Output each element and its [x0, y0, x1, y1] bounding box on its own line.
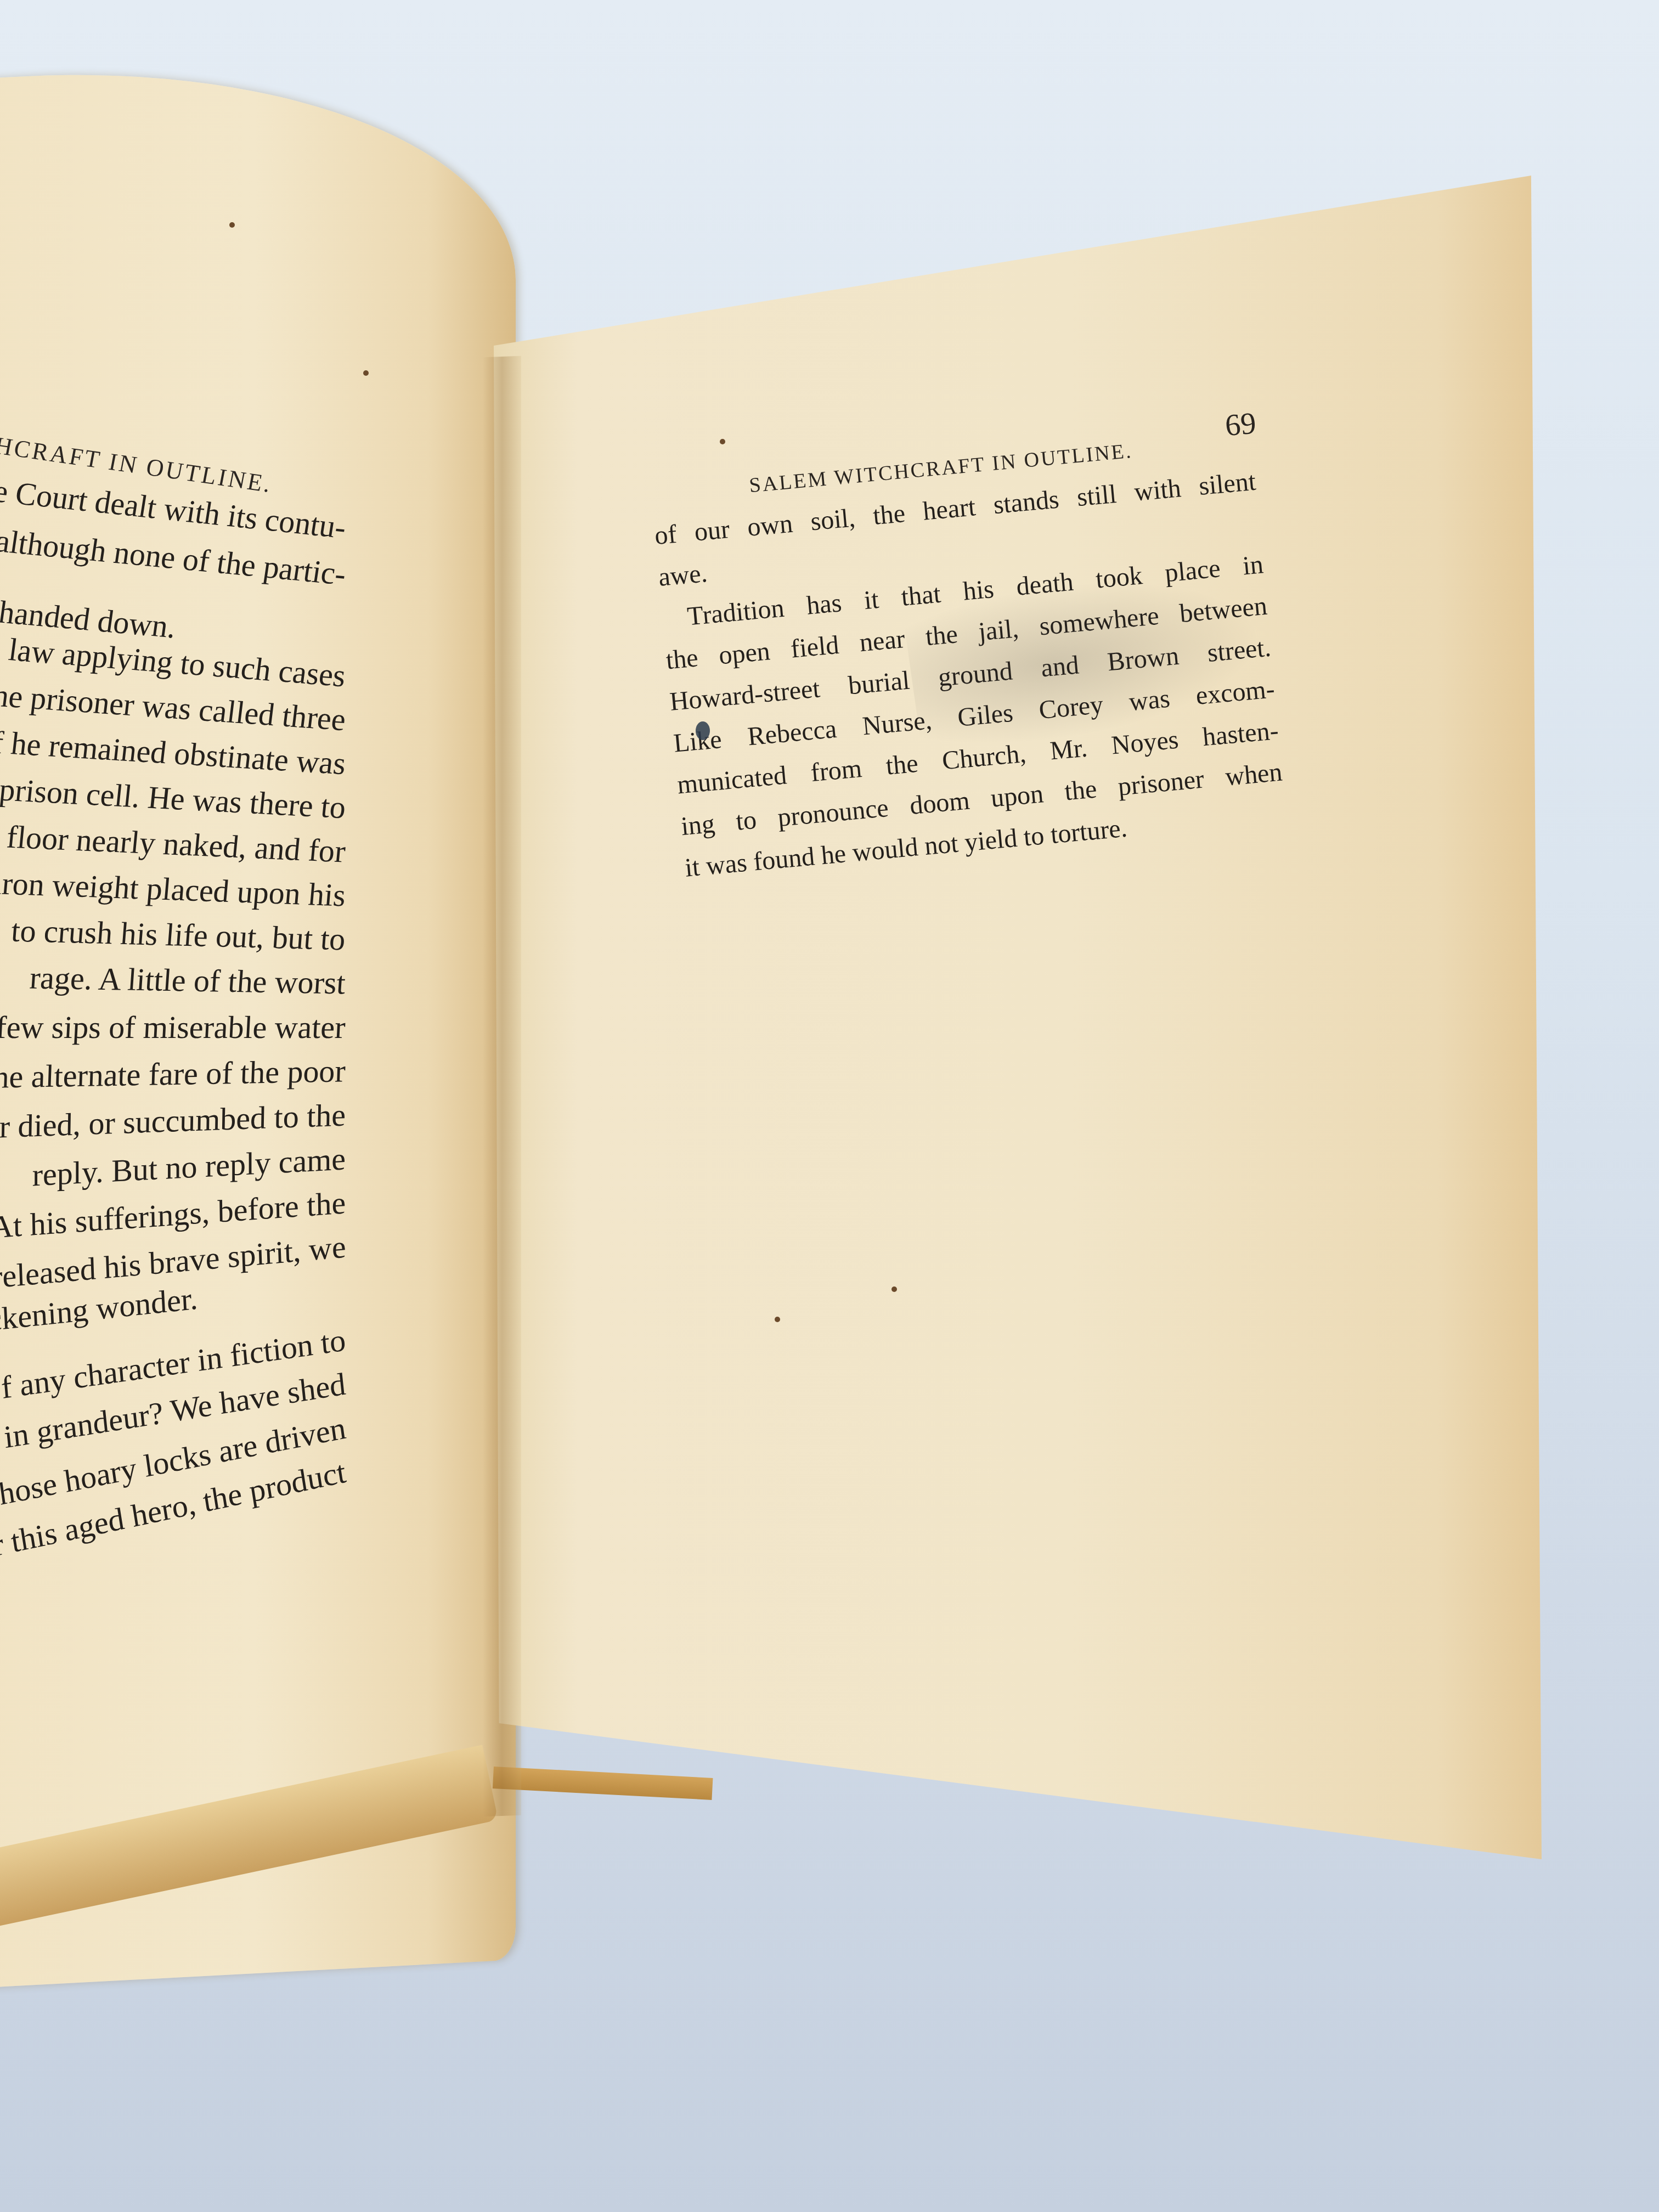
left-page: WITCHCRAFT IN OUTLINE. the Court dealt w…	[0, 50, 516, 1990]
foxing-speck	[229, 222, 235, 228]
foxing-speck	[775, 1317, 780, 1322]
text-line: d a few sips of miserable water	[0, 1008, 347, 1045]
foxing-speck	[720, 439, 725, 444]
text-line: reply. But no reply came	[32, 1140, 346, 1193]
text-line: to crush his life out, but to	[10, 912, 347, 957]
left-page-text: WITCHCRAFT IN OUTLINE. the Court dealt w…	[0, 407, 428, 432]
right-page-text: SALEM WITCHCRAFT IN OUTLINE. 69 of our o…	[647, 399, 1299, 889]
text-line: y iron weight placed upon his	[0, 864, 347, 913]
ink-spot	[696, 721, 710, 740]
foxing-speck	[891, 1286, 897, 1292]
text-line: her died, or succumbed to the	[0, 1096, 346, 1146]
right-page-gilt-edge	[493, 1767, 713, 1800]
page-number: 69	[1224, 405, 1258, 443]
text-line: rage. A little of the worst	[29, 959, 347, 1001]
text-line: e the alternate fare of the poor	[0, 1052, 346, 1096]
book-photo: WITCHCRAFT IN OUTLINE. the Court dealt w…	[0, 0, 1659, 2212]
text-line: re floor nearly naked, and for	[0, 817, 347, 870]
book-spine-shadow	[483, 356, 521, 1816]
foxing-speck	[363, 370, 369, 376]
